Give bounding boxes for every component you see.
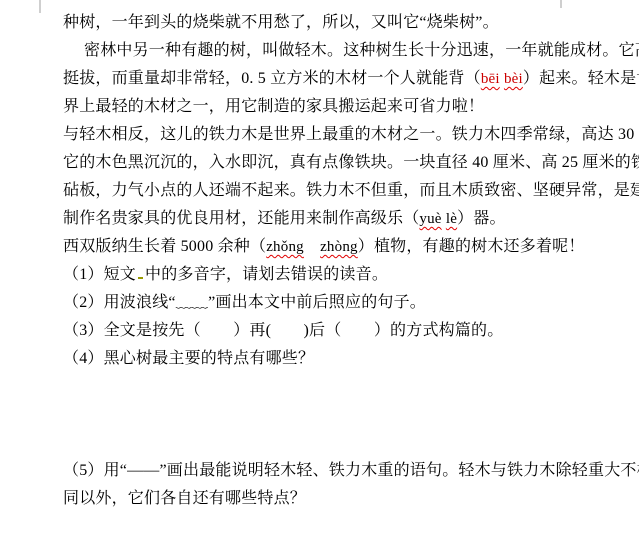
blank-line xyxy=(63,373,623,401)
text-line: 制作名贵家具的优良用材，还能用来制作高级乐（yuè lè）器。 xyxy=(63,205,623,233)
text-run: （4）黑心树最主要的特点有哪些？ xyxy=(63,350,314,367)
blank-line xyxy=(63,429,623,457)
text-run: 制作名贵家具的优良用材，还能用来制作高级乐（ xyxy=(63,210,419,227)
text-line: 挺拔，而重量却非常轻，0. 5 立方米的木材一个人就能背（bēi bèi）起来。… xyxy=(63,65,623,93)
text-run: （2）用波浪线“﹏﹏”画出本文中前后照应的句子。 xyxy=(63,294,426,311)
text-line: 砧板，力气小点的人还端不起来。铁力木不但重，而且木质致密、坚硬异常，是建筑和 xyxy=(63,177,623,205)
text-line: （1）短文中的多音字，请划去错误的读音。 xyxy=(63,261,623,289)
page-margin-mark-right xyxy=(560,0,562,8)
text-run: 界上最轻的木材之一，用它制造的家具搬运起来可省力啦！ xyxy=(63,98,484,115)
text-line: 西双版纳生长着 5000 余种（zhǒng zhòng）植物，有趣的树木还多着呢… xyxy=(63,233,623,261)
text-run: ）植物，有趣的树木还多着呢！ xyxy=(358,238,585,255)
text-run: 挺拔，而重量却非常轻，0. 5 立方米的木材一个人就能背（ xyxy=(63,70,481,87)
text-run: （1）短文 xyxy=(63,266,136,283)
text-run: （5）用“——”画出最能说明轻木轻、铁力木重的语句。轻木与铁力木除轻重大不相 xyxy=(63,462,639,479)
text-run: ）起来。轻木是世 xyxy=(523,70,639,87)
blank-line xyxy=(63,401,623,429)
text-line: 密林中另一种有趣的树，叫做轻木。这种树生长十分迅速，一年就能成材。它高大 xyxy=(63,37,623,65)
text-run: （3）全文是按先（ ）再( )后（ ）的方式构篇的。 xyxy=(63,322,503,339)
pinyin-annotation: bēi xyxy=(481,71,500,87)
text-line: 种树，一年到头的烧柴就不用愁了，所以，又叫它“烧柴树”。 xyxy=(63,9,623,37)
text-line: （3）全文是按先（ ）再( )后（ ）的方式构篇的。 xyxy=(63,317,623,345)
grammar-space-mark xyxy=(138,277,143,279)
text-line: 同以外，它们各自还有哪些特点？ xyxy=(63,485,623,513)
text-run: 与轻木相反，这儿的铁力木是世界上最重的木材之一。铁力木四季常绿，高达 30 米。 xyxy=(63,126,639,143)
text-line: （2）用波浪线“﹏﹏”画出本文中前后照应的句子。 xyxy=(63,289,623,317)
text-run: 中的多音字，请划去错误的读音。 xyxy=(145,266,388,283)
text-run: 它的木色黑沉沉的，入水即沉，真有点像铁块。一块直径 40 厘米、高 25 厘米的… xyxy=(63,154,639,171)
pinyin-annotation: lè xyxy=(446,211,457,227)
text-run: 砧板，力气小点的人还端不起来。铁力木不但重，而且木质致密、坚硬异常，是建筑和 xyxy=(63,182,639,199)
text-line: 界上最轻的木材之一，用它制造的家具搬运起来可省力啦！ xyxy=(63,93,623,121)
text-run: 种树，一年到头的烧柴就不用愁了，所以，又叫它“烧柴树”。 xyxy=(63,14,499,31)
text-run xyxy=(304,238,320,255)
text-run: 同以外，它们各自还有哪些特点？ xyxy=(63,490,306,507)
text-run: ）器。 xyxy=(457,210,506,227)
pinyin-annotation: zhòng xyxy=(320,239,358,255)
text-run: 密林中另一种有趣的树，叫做轻木。这种树生长十分迅速，一年就能成材。它高大 xyxy=(84,42,639,59)
page-margin-mark-left xyxy=(39,0,41,13)
text-run: 西双版纳生长着 5000 余种（ xyxy=(63,238,266,255)
pinyin-annotation: zhǒng xyxy=(266,239,304,255)
text-line: 它的木色黑沉沉的，入水即沉，真有点像铁块。一块直径 40 厘米、高 25 厘米的… xyxy=(63,149,623,177)
text-line: （4）黑心树最主要的特点有哪些？ xyxy=(63,345,623,373)
text-line: 与轻木相反，这儿的铁力木是世界上最重的木材之一。铁力木四季常绿，高达 30 米。 xyxy=(63,121,623,149)
pinyin-annotation: yuè xyxy=(419,211,441,227)
document-body: 种树，一年到头的烧柴就不用愁了，所以，又叫它“烧柴树”。密林中另一种有趣的树，叫… xyxy=(63,9,623,513)
text-line: （5）用“——”画出最能说明轻木轻、铁力木重的语句。轻木与铁力木除轻重大不相 xyxy=(63,457,623,485)
pinyin-annotation: bèi xyxy=(504,71,523,87)
